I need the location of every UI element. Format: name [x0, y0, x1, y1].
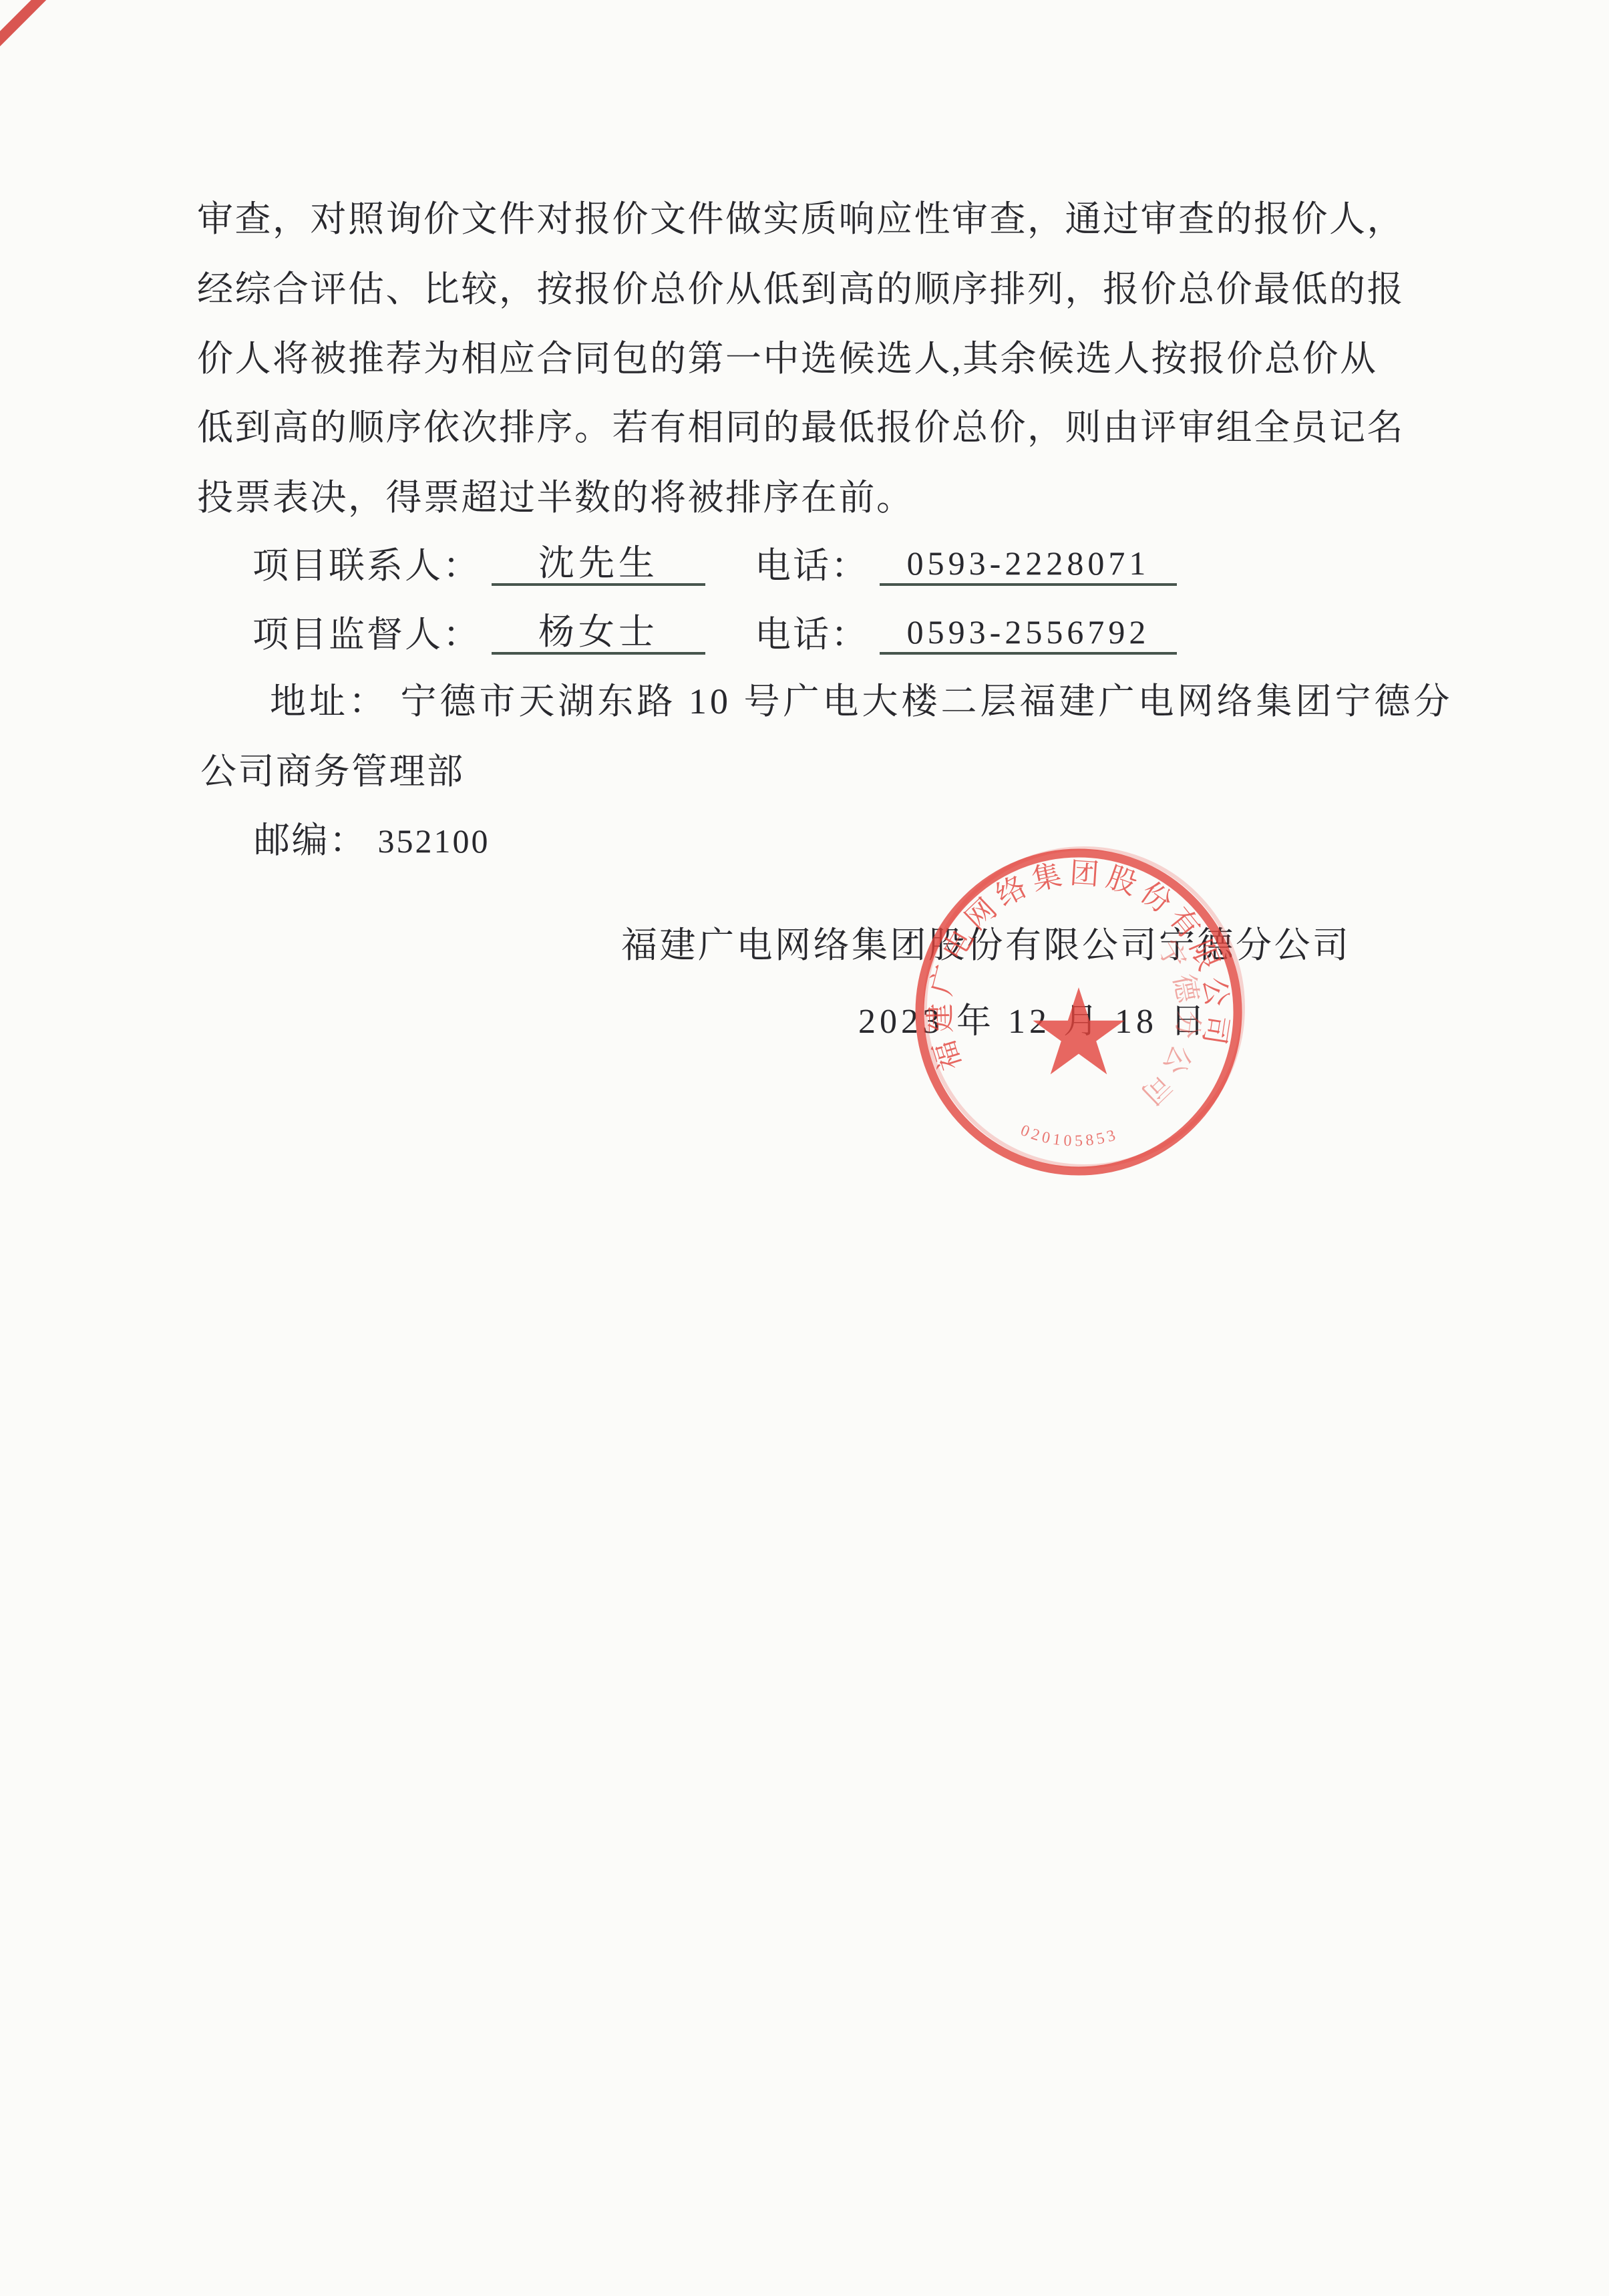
contact-name-underline: 杨女士 — [492, 613, 705, 655]
phone-underline: 0593-2556792 — [880, 613, 1177, 655]
address-line-2: 公司商务管理部 — [200, 752, 465, 792]
company-seal-stamp: 福建广电网络集团股份有限公司 宁德分公司 020105853 — [902, 835, 1256, 1189]
phone-underline: 0593-2228071 — [880, 544, 1177, 586]
seal-serial: 020105853 — [1018, 1122, 1121, 1150]
postcode-line: 邮编： 352100 — [254, 820, 490, 860]
supervisor-row: 项目监督人： 杨女士 电话： 0593-2556792 — [252, 613, 1177, 653]
paragraph-line: 价人将被推荐为相应合同包的第一中选候选人,其余候选人按报价总价从 — [197, 339, 1378, 379]
paragraph-line: 审查，对照询价文件对报价文件做实质响应性审查，通过审查的报价人， — [197, 199, 1405, 239]
scanned-document-page: 审查，对照询价文件对报价文件做实质响应性审查，通过审查的报价人， 经综合评估、比… — [0, 0, 1609, 2296]
paragraph-line: 低到高的顺序依次排序。若有相同的最低报价总价，则由评审组全员记名 — [197, 407, 1405, 448]
contact-name-underline: 沈先生 — [492, 544, 705, 586]
postcode-label: 邮编： — [254, 820, 367, 860]
corner-pen-mark — [0, 0, 67, 67]
contact-row: 项目联系人： 沈先生 电话： 0593-2228071 — [252, 544, 1177, 585]
phone-label: 电话： — [755, 615, 869, 655]
address-line-1: 地址： 宁德市天湖东路 10 号广电大楼二层福建广电网络集团宁德分 — [270, 681, 1453, 721]
seal-star — [1033, 987, 1125, 1074]
address-label: 地址： — [270, 681, 388, 721]
postcode-value: 352100 — [378, 822, 490, 860]
phone-label: 电话： — [755, 546, 869, 586]
contact-label: 项目联系人： — [252, 546, 481, 586]
paragraph-line: 投票表决，得票超过半数的将被排序在前。 — [197, 478, 914, 518]
address-value: 宁德市天湖东路 10 号广电大楼二层福建广电网络集团宁德分 — [401, 681, 1453, 721]
paragraph-line: 经综合评估、比较，按报价总价从低到高的顺序排列，报价总价最低的报 — [197, 269, 1405, 309]
contact-label: 项目监督人： — [252, 615, 481, 655]
